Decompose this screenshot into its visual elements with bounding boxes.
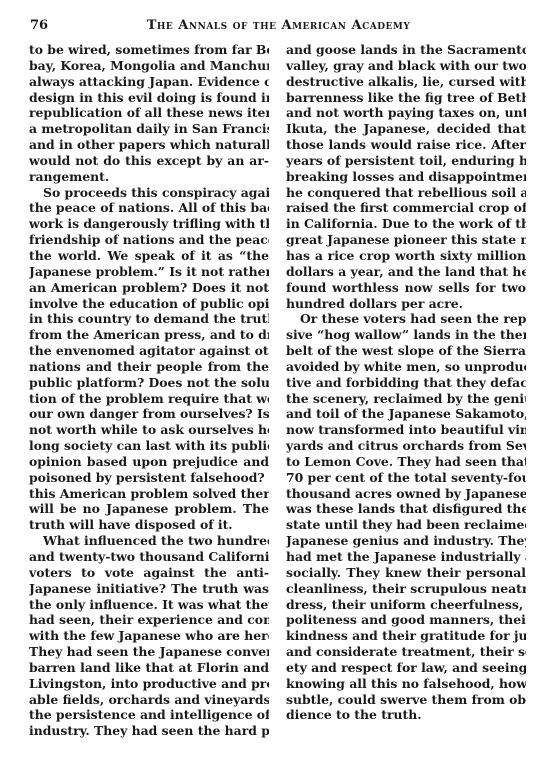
text-line: dress, their uniform cheerfulness, their [286,597,526,613]
text-line: They had seen the Japanese convert [29,644,269,660]
text-line: the scenery, reclaimed by the genius [286,391,526,407]
text-line: Livingston, into productive and profit- [29,676,269,692]
text-line: to be wired, sometimes from far Bom- [29,42,269,58]
text-line: Japanese problem.” Is it not rather [29,264,269,280]
text-line: and goose lands in the Sacramento [286,42,526,58]
text-line: rangement. [29,169,269,185]
text-line: from the American press, and to drive [29,327,269,343]
text-line: barren land like that at Florin and [29,660,269,676]
text-line: sive “hog wallow” lands in the thermal [286,327,526,343]
document-page: 76 The Annals of the American Academy to… [0,0,558,764]
running-head: The Annals of the American Academy [30,18,527,33]
text-line: dience to the truth. [286,707,526,723]
text-line: those lands would raise rice. After [286,137,526,153]
text-line: Japanese initiative? The truth was [29,581,269,597]
text-line: raised the first commercial crop of rice [286,200,526,216]
text-line: breaking losses and disappointments, [286,169,526,185]
text-line: What influenced the two hundred [29,533,269,549]
text-line: So proceeds this conspiracy against [29,185,269,201]
text-line: subtle, could swerve them from obe- [286,692,526,708]
text-line: yards and citrus orchards from Seville [286,438,526,454]
text-line: republication of all these news items in [29,105,269,121]
text-line: involve the education of public opinion [29,296,269,312]
text-line: was these lands that disfigured the [286,501,526,517]
text-line: 70 per cent of the total seventy-four [286,470,526,486]
text-line: long society can last with its public [29,438,269,454]
text-line: would not do this except by an ar- [29,153,269,169]
text-line: able fields, orchards and vineyards, by [29,692,269,708]
text-line: public platform? Does not the solu- [29,375,269,391]
text-line: the only influence. It was what they [29,597,269,613]
text-line: with the few Japanese who are here. [29,628,269,644]
text-line: state until they had been reclaimed by [286,517,526,533]
text-column-left: to be wired, sometimes from far Bom-bay,… [29,42,269,739]
text-line: truth will have disposed of it. [29,517,269,533]
text-line: found worthless now sells for two [286,280,526,296]
text-line: the persistence and intelligence of thei… [29,707,269,723]
text-line: will be no Japanese problem. The [29,501,269,517]
text-line: tion of the problem require that we see [29,391,269,407]
text-column-right: and goose lands in the Sacramentovalley,… [286,42,526,723]
text-line: industry. They had seen the hard pan [29,723,269,739]
text-line: our own danger from ourselves? Is it [29,406,269,422]
text-line: politeness and good manners, their [286,612,526,628]
text-line: the envenomed agitator against other [29,343,269,359]
text-line: in this country to demand the truth [29,311,269,327]
text-line: socially. They knew their personal [286,565,526,581]
text-line: an American problem? Does it not [29,280,269,296]
text-line: thousand acres owned by Japanese, [286,486,526,502]
text-line: avoided by white men, so unproduc- [286,359,526,375]
text-line: Japanese genius and industry. They [286,533,526,549]
text-line: a metropolitan daily in San Francisco, [29,121,269,137]
text-line: not worth while to ask ourselves how [29,422,269,438]
text-line: the peace of nations. All of this bad [29,200,269,216]
text-line: hundred dollars per acre. [286,296,526,312]
page-header: 76 The Annals of the American Academy [30,18,527,36]
text-line: bay, Korea, Mongolia and Manchuria, [29,58,269,74]
text-line: voters to vote against the anti- [29,565,269,581]
text-line: knowing all this no falsehood, however [286,676,526,692]
text-line: Ikuta, the Japanese, decided that [286,121,526,137]
text-line: Or these voters had seen the repul- [286,311,526,327]
text-line: poisoned by persistent falsehood? With [29,470,269,486]
text-line: and twenty-two thousand California [29,549,269,565]
text-line: years of persistent toil, enduring heart… [286,153,526,169]
text-line: has a rice crop worth sixty million [286,248,526,264]
text-line: to Lemon Cove. They had seen that [286,454,526,470]
text-line: now transformed into beautiful vine- [286,422,526,438]
text-line: cleanliness, their scrupulous neatness o… [286,581,526,597]
text-line: nations and their people from the [29,359,269,375]
text-line: and considerate treatment, their sobri- [286,644,526,660]
text-line: and in other papers which naturally [29,137,269,153]
text-line: kindness and their gratitude for just [286,628,526,644]
text-line: destructive alkalis, lie, cursed with [286,74,526,90]
text-line: always attacking Japan. Evidence of [29,74,269,90]
text-line: ety and respect for law, and seeing and [286,660,526,676]
text-line: barrenness like the fig tree of Bethany, [286,90,526,106]
text-line: the world. We speak of it as “the [29,248,269,264]
text-line: opinion based upon prejudice and [29,454,269,470]
text-line: and toil of the Japanese Sakamoto, and [286,406,526,422]
text-line: belt of the west slope of the Sierra, [286,343,526,359]
text-line: dollars a year, and the land that he [286,264,526,280]
text-line: and not worth paying taxes on, until [286,105,526,121]
text-line: design in this evil doing is found in th… [29,90,269,106]
text-line: friendship of nations and the peace of [29,232,269,248]
text-line: this American problem solved there [29,486,269,502]
text-line: in California. Due to the work of that [286,216,526,232]
text-line: great Japanese pioneer this state now [286,232,526,248]
text-line: valley, gray and black with our two [286,58,526,74]
text-line: had seen, their experience and contact [29,612,269,628]
text-line: work is dangerously trifling with the [29,216,269,232]
text-line: tive and forbidding that they defaced [286,375,526,391]
text-line: he conquered that rebellious soil and [286,185,526,201]
text-line: had met the Japanese industrially and [286,549,526,565]
